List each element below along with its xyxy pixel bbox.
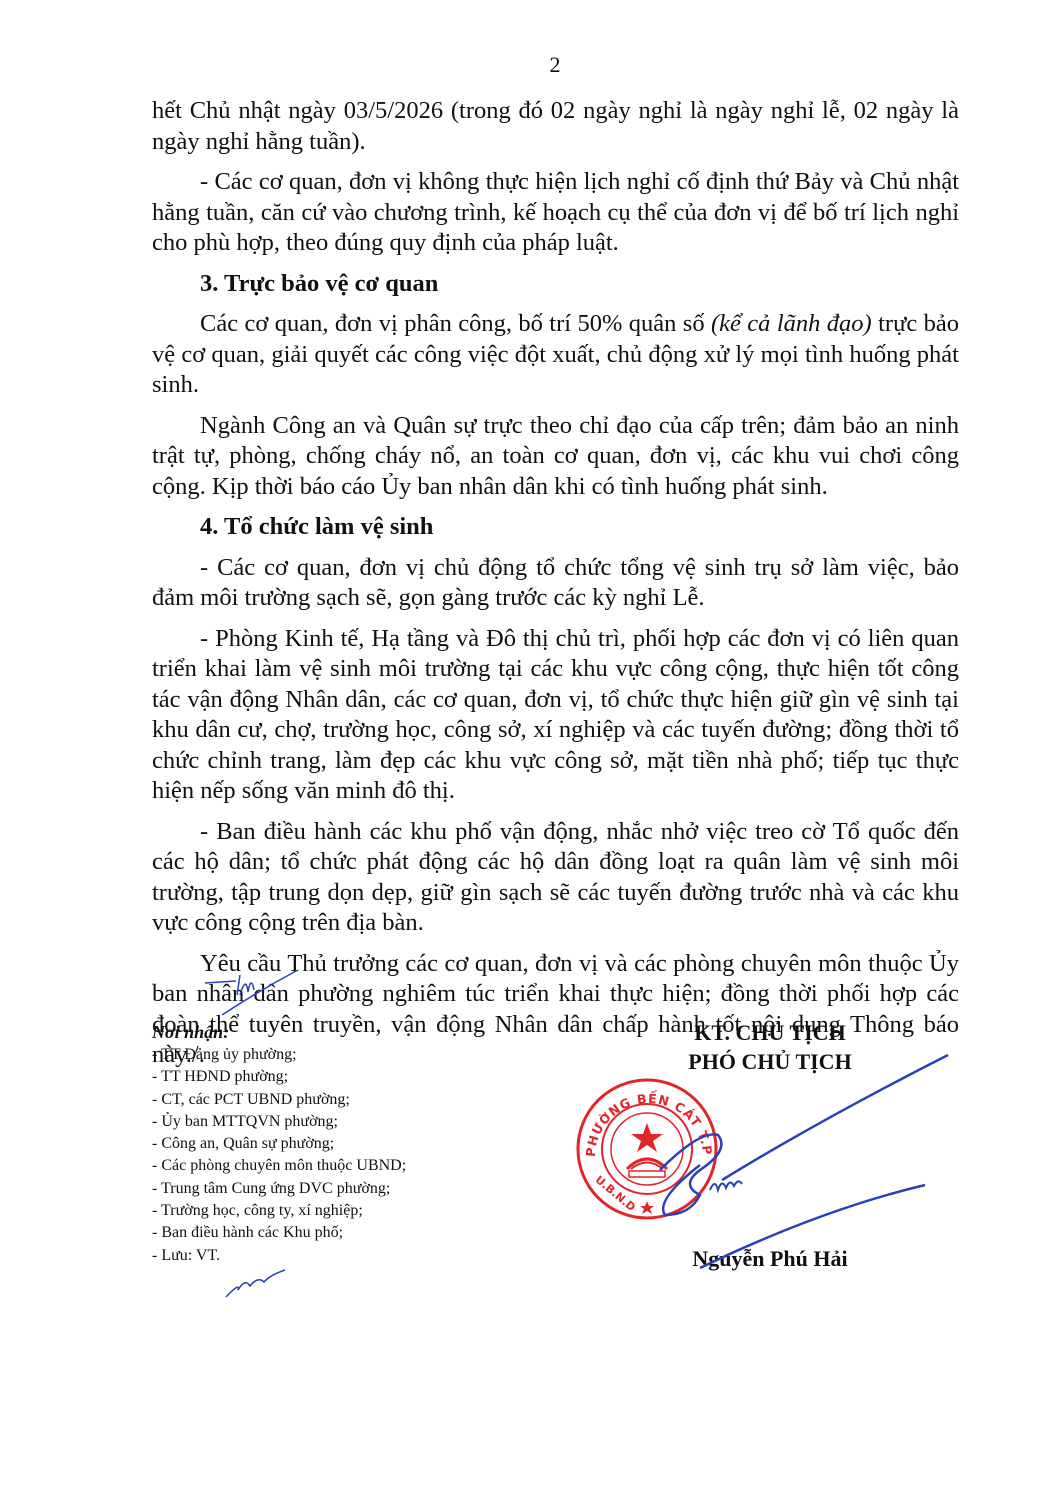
recipients-list: Nơi nhận: - TT Đảng ủy phường; - TT HĐND… [152, 1020, 482, 1267]
paragraph: - Các cơ quan, đơn vị chủ động tổ chức t… [152, 553, 959, 614]
paragraph: - Ban điều hành các khu phố vận động, nh… [152, 817, 959, 939]
recipient-item: - Trung tâm Cung ứng DVC phường; [152, 1178, 482, 1200]
signer-authority: KT. CHỦ TỊCH [620, 1018, 920, 1047]
paragraph: Các cơ quan, đơn vị phân công, bố trí 50… [152, 309, 959, 401]
paragraph: hết Chủ nhật ngày 03/5/2026 (trong đó 02… [152, 96, 959, 157]
paragraph: Ngành Công an và Quân sự trực theo chỉ đ… [152, 411, 959, 503]
recipient-item: - TT Đảng ủy phường; [152, 1044, 482, 1066]
italic-note: (kể cả lãnh đạo) [711, 310, 872, 337]
recipient-item: - CT, các PCT UBND phường; [152, 1089, 482, 1111]
official-seal-icon: PHƯỜNG BẾN CÁT T.P HỒ CHÍ MINH U.B.N.D [575, 1077, 720, 1222]
text-span: Các cơ quan, đơn vị phân công, bố trí 50… [200, 310, 711, 337]
document-body: hết Chủ nhật ngày 03/5/2026 (trong đó 02… [152, 96, 959, 1081]
svg-text:U.B.N.D: U.B.N.D [593, 1173, 638, 1214]
recipient-item: - Ban điều hành các Khu phố; [152, 1222, 482, 1244]
recipients-title: Nơi nhận: [152, 1020, 482, 1044]
signature-block: KT. CHỦ TỊCH PHÓ CHỦ TỊCH Nguyễn Phú Hải [620, 1018, 920, 1076]
recipient-item: - Trường học, công ty, xí nghiệp; [152, 1200, 482, 1222]
recipient-item: - Ủy ban MTTQVN phường; [152, 1111, 482, 1133]
page-number: 2 [0, 52, 1060, 78]
recipient-item: - Lưu: VT. [152, 1245, 482, 1267]
recipient-item: - Các phòng chuyên môn thuộc UBND; [152, 1155, 482, 1177]
recipient-item: - TT HĐND phường; [152, 1066, 482, 1088]
paragraph: - Các cơ quan, đơn vị không thực hiện lị… [152, 167, 959, 259]
section-heading: 4. Tổ chức làm vệ sinh [200, 512, 959, 543]
section-heading: 3. Trực bảo vệ cơ quan [200, 269, 959, 300]
signer-name: Nguyễn Phú Hải [620, 1246, 920, 1272]
paragraph: - Phòng Kinh tế, Hạ tầng và Đô thị chủ t… [152, 624, 959, 807]
recipient-item: - Công an, Quân sự phường; [152, 1133, 482, 1155]
signer-position: PHÓ CHỦ TỊCH [620, 1047, 920, 1076]
